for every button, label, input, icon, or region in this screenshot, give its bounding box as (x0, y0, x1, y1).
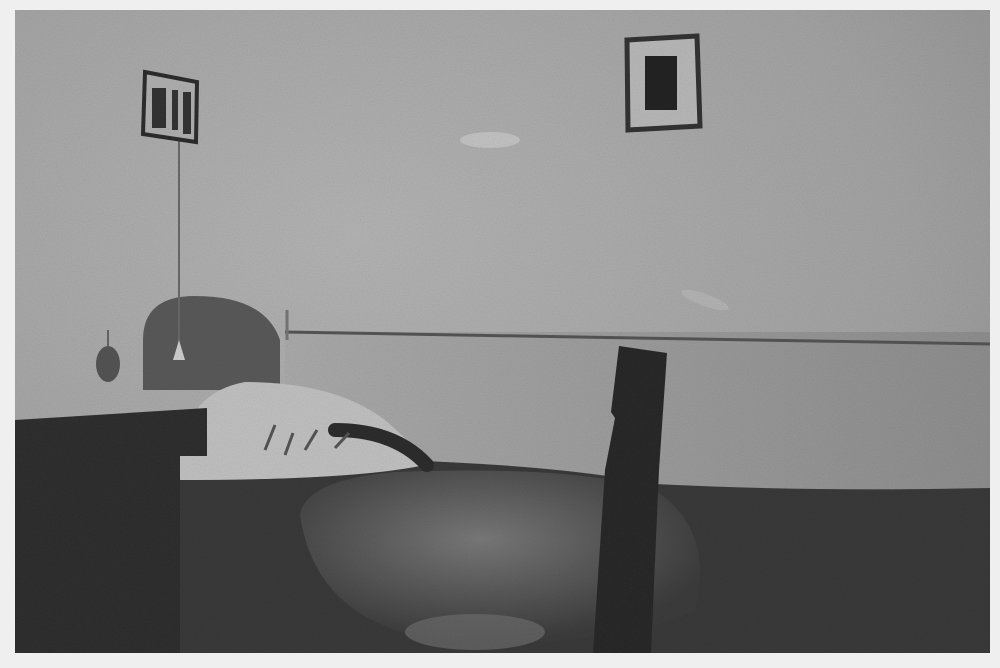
bedroom-scene (15, 10, 990, 653)
wall-ornament (96, 346, 120, 382)
framed-picture-right (627, 36, 700, 130)
footboard (15, 408, 207, 653)
photograph (15, 10, 990, 653)
framed-picture-left (143, 72, 197, 142)
